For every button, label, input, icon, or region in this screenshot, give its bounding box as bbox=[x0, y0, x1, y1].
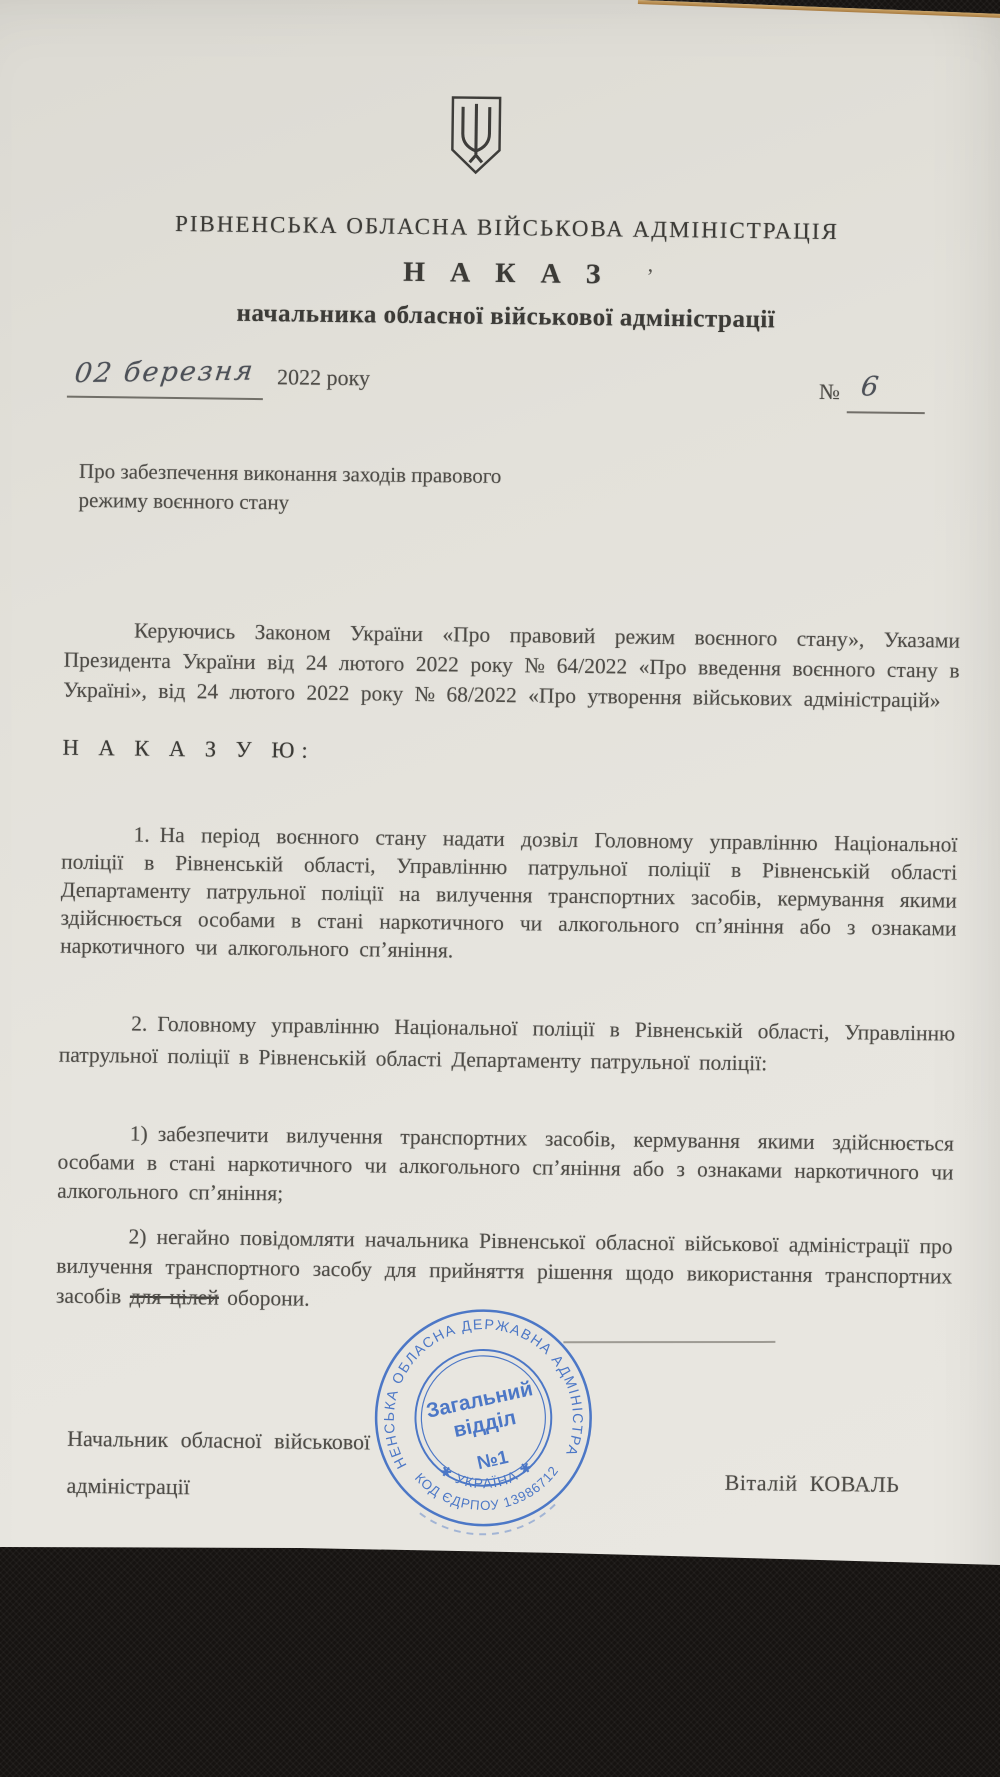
number-sign: № bbox=[819, 379, 840, 405]
document-number: № 6 bbox=[819, 377, 979, 379]
clause-2-text: Головному управлінню Національної поліці… bbox=[59, 1011, 956, 1074]
issuer-line: начальника обласної військової адміністр… bbox=[66, 298, 946, 337]
stamp-ring-top-text: РІВНЕНСЬКА ОБЛАСНА ДЕРЖАВНА АДМІНІСТРАЦІ… bbox=[354, 1289, 588, 1473]
signatory-position-line2: адміністрації bbox=[66, 1473, 190, 1500]
clause-2-number: 2. bbox=[131, 1011, 147, 1035]
document: РІВНЕНСЬКА ОБЛАСНА ВІЙСЬКОВА АДМІНІСТРАЦ… bbox=[0, 0, 1000, 1777]
ukraine-trident-icon bbox=[448, 94, 505, 177]
clause-1-number: 1. bbox=[133, 822, 149, 846]
preamble-paragraph: Керуючись Законом України «Про правовий … bbox=[63, 614, 960, 715]
order-keyword: Н А К А З У Ю: bbox=[62, 735, 314, 764]
subclause-2-number: 2) bbox=[128, 1224, 146, 1248]
round-stamp: РІВНЕНСЬКА ОБЛАСНА ДЕРЖАВНА АДМІНІСТРАЦІ… bbox=[354, 1289, 614, 1549]
clause-2: 2.Головному управлінню Національної полі… bbox=[59, 1006, 956, 1081]
printed-year: 2022 року bbox=[277, 364, 370, 391]
document-type-title: Н А К А З bbox=[66, 253, 946, 296]
subject-block: Про забезпечення виконання заходів право… bbox=[78, 457, 509, 520]
subclause-1: 1)забезпечити вилучення транспортних зас… bbox=[57, 1118, 954, 1216]
date-underline bbox=[67, 396, 263, 400]
clause-1: 1.На період воєнного стану надати дозвіл… bbox=[60, 819, 958, 970]
subclause-2-text-after: оборони. bbox=[219, 1285, 310, 1310]
stray-pen-mark: ’ bbox=[646, 264, 654, 290]
subclause-1-number: 1) bbox=[130, 1121, 148, 1145]
signatory-name: Віталій КОВАЛЬ bbox=[725, 1470, 900, 1498]
svg-text:№1: №1 bbox=[475, 1446, 510, 1473]
clause-1-text: На період воєнного стану надати дозвіл Г… bbox=[60, 822, 958, 962]
handwritten-number: 6 bbox=[859, 371, 880, 402]
signatory-position-line1: Начальник обласної військової bbox=[67, 1426, 370, 1455]
subclause-1-text: забезпечити вилучення транспортних засоб… bbox=[57, 1121, 954, 1205]
struck-words: для цілей bbox=[130, 1284, 219, 1309]
date-and-number-line: 02 березня 2022 року № 6 bbox=[67, 358, 948, 417]
number-underline bbox=[847, 411, 925, 414]
photo-of-document: { "colors":{"paper":"#e3e1da","fabric":"… bbox=[0, 0, 1000, 1777]
handwritten-date: 02 березня bbox=[73, 356, 257, 389]
organization-title: РІВНЕНСЬКА ОБЛАСНА ВІЙСЬКОВА АДМІНІСТРАЦ… bbox=[67, 210, 947, 247]
